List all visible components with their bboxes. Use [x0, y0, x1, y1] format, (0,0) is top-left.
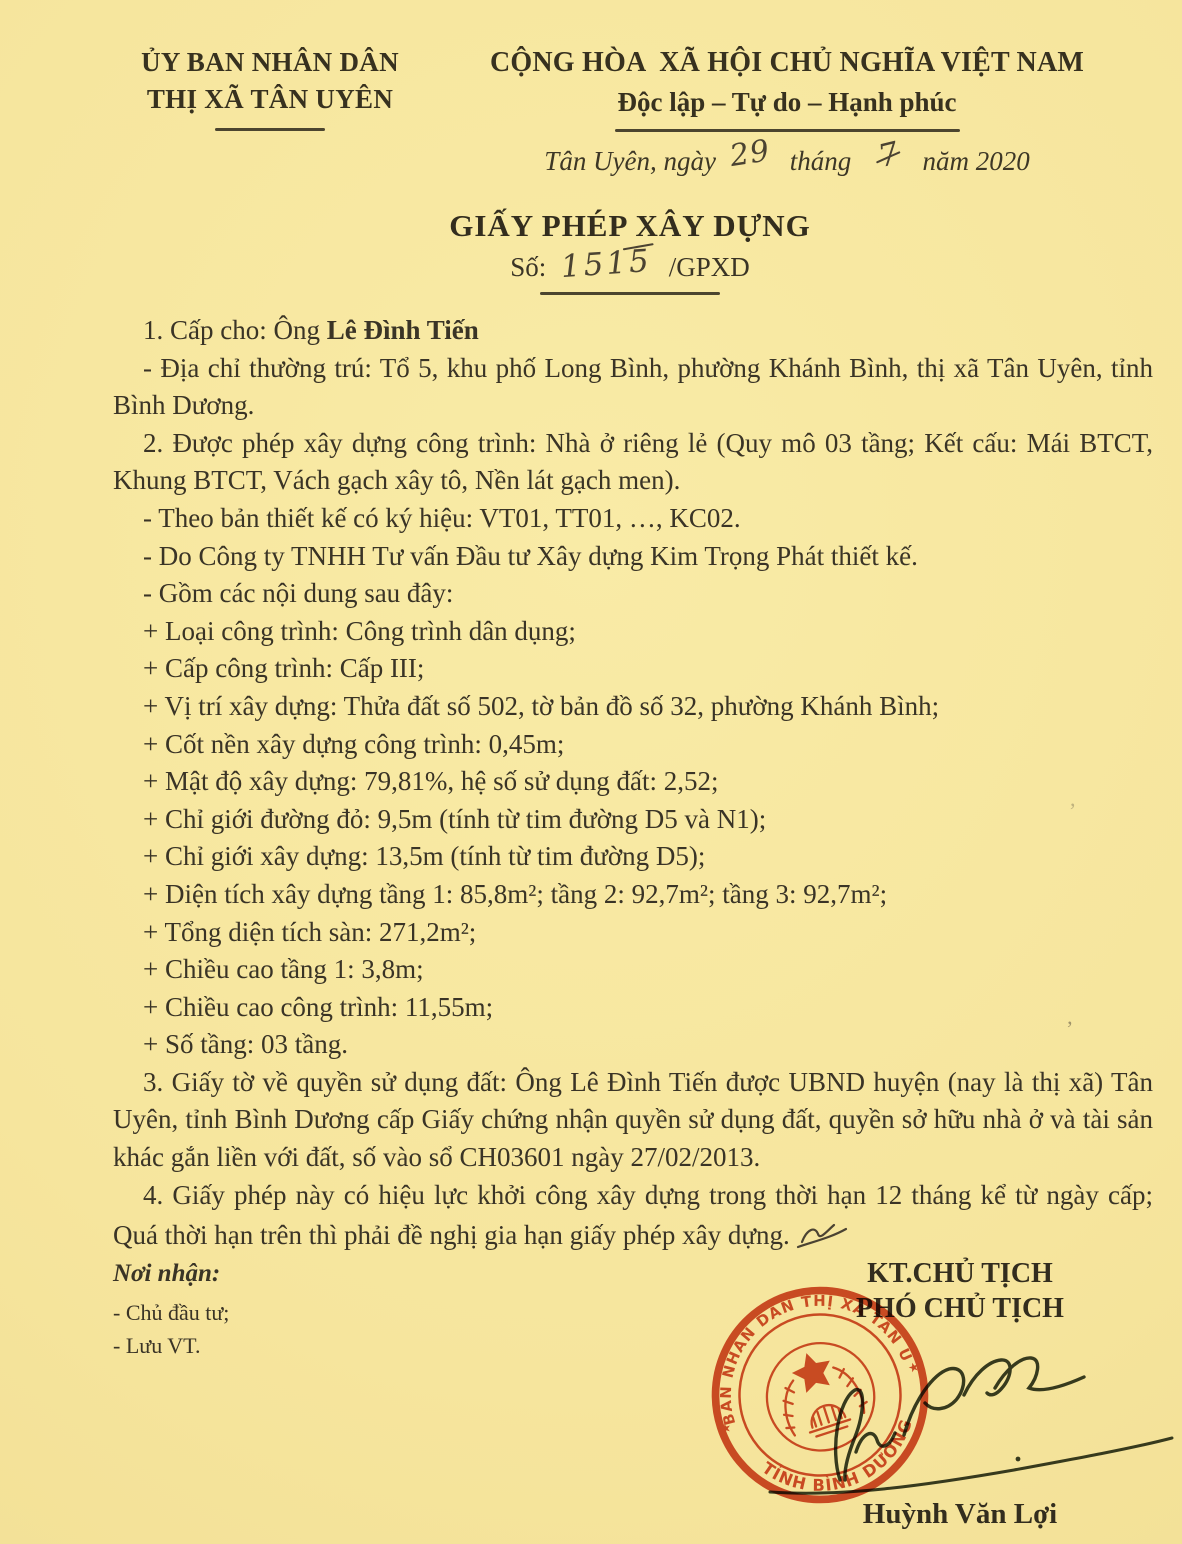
body-paragraph: + Vị trí xây dựng: Thửa đất số 502, tờ b…	[113, 688, 1153, 726]
body-paragraph: + Chỉ giới đường đỏ: 9,5m (tính từ tim đ…	[113, 801, 1153, 839]
document-body: 1. Cấp cho: Ông Lê Đình Tiến - Địa chỉ t…	[113, 312, 1153, 1255]
recipient-item: - Lưu VT.	[113, 1333, 200, 1359]
date-prefix: Tân Uyên, ngày	[544, 146, 716, 176]
date-line: Tân Uyên, ngày 29 tháng 7 năm 2020	[462, 142, 1112, 178]
signature-stroke	[770, 1438, 1172, 1493]
body-paragraph: + Tổng diện tích sàn: 271,2m²;	[113, 914, 1153, 952]
number-underline	[540, 292, 720, 295]
document-title: GIẤY PHÉP XÂY DỰNG	[110, 208, 1150, 244]
signature-ink-dot	[1016, 1457, 1021, 1462]
body-paragraph: - Theo bản thiết kế có ký hiệu: VT01, TT…	[113, 500, 1153, 538]
number-suffix: /GPXD	[669, 252, 750, 282]
body-paragraph: + Chỉ giới xây dựng: 13,5m (tính từ tim …	[113, 838, 1153, 876]
recipients-heading: Nơi nhận:	[113, 1260, 220, 1288]
scan-artifact: ’	[1066, 1016, 1073, 1042]
document-number-line: Số: 1515 /GPXD	[110, 248, 1150, 284]
body-paragraph: + Loại công trình: Công trình dân dụng;	[113, 613, 1153, 651]
body-paragraph: - Địa chỉ thường trú: Tổ 5, khu phố Long…	[113, 350, 1153, 425]
number-prefix: Số:	[510, 252, 546, 282]
date-suffix: năm 2020	[922, 146, 1029, 176]
paragraph-text: 4. Giấy phép này có hiệu lực khởi công x…	[113, 1180, 1153, 1251]
signer-name: Huỳnh Văn Lợi	[745, 1498, 1175, 1531]
grantee-name: Lê Đình Tiến	[327, 315, 479, 345]
handwritten-number: 1515	[560, 243, 653, 285]
body-paragraph: + Chiều cao tầng 1: 3,8m;	[113, 951, 1153, 989]
date-mid: tháng	[790, 146, 852, 176]
paragraph-text: 1. Cấp cho: Ông	[143, 315, 327, 345]
body-paragraph: + Diện tích xây dựng tầng 1: 85,8m²; tần…	[113, 876, 1153, 914]
body-paragraph: 1. Cấp cho: Ông Lê Đình Tiến	[113, 312, 1153, 350]
issuer-underline	[215, 128, 325, 131]
body-paragraph: + Số tầng: 03 tầng.	[113, 1026, 1153, 1064]
handwritten-signature	[752, 1300, 1182, 1500]
body-paragraph: 2. Được phép xây dựng công trình: Nhà ở …	[113, 425, 1153, 500]
national-motto-line2: Độc lập – Tự do – Hạnh phúc	[462, 84, 1112, 120]
body-paragraph: 3. Giấy tờ về quyền sử dụng đất: Ông Lê …	[113, 1064, 1153, 1177]
document-page: ỦY BAN NHÂN DÂN THỊ XÃ TÂN UYÊN CỘNG HÒA…	[0, 0, 1182, 1544]
number-underline-wrap	[110, 292, 1150, 295]
handwritten-day: 29	[727, 133, 772, 174]
signature-stroke	[836, 1390, 863, 1480]
body-paragraph: + Mật độ xây dựng: 79,81%, hệ số sử dụng…	[113, 763, 1153, 801]
recipient-item: - Chủ đầu tư;	[113, 1300, 229, 1326]
issuer-line2: THỊ XÃ TÂN UYÊN	[110, 81, 430, 118]
scan-artifact: ,	[1070, 786, 1076, 812]
signature-stroke	[856, 1433, 895, 1452]
handwritten-month: 7	[875, 135, 903, 175]
body-paragraph: + Cốt nền xây dựng công trình: 0,45m;	[113, 726, 1153, 764]
issuer-line1: ỦY BAN NHÂN DÂN	[110, 44, 430, 81]
national-header-block: CỘNG HÒA XÃ HỘI CHỦ NGHĨA VIỆT NAM Độc l…	[462, 44, 1112, 132]
body-paragraph: + Chiều cao công trình: 11,55m;	[113, 989, 1153, 1027]
signature-stroke	[904, 1369, 964, 1435]
body-paragraph: 4. Giấy phép này có hiệu lực khởi công x…	[113, 1177, 1153, 1255]
national-motto-line1: CỘNG HÒA XÃ HỘI CHỦ NGHĨA VIỆT NAM	[462, 44, 1112, 82]
body-paragraph: + Cấp công trình: Cấp III;	[113, 650, 1153, 688]
handwritten-paraph	[796, 1220, 848, 1250]
issuer-block: ỦY BAN NHÂN DÂN THỊ XÃ TÂN UYÊN	[110, 44, 430, 131]
body-paragraph: - Do Công ty TNHH Tư vấn Đầu tư Xây dựng…	[113, 538, 1153, 576]
body-paragraph: - Gồm các nội dung sau đây:	[113, 575, 1153, 613]
motto-underline	[615, 129, 960, 132]
